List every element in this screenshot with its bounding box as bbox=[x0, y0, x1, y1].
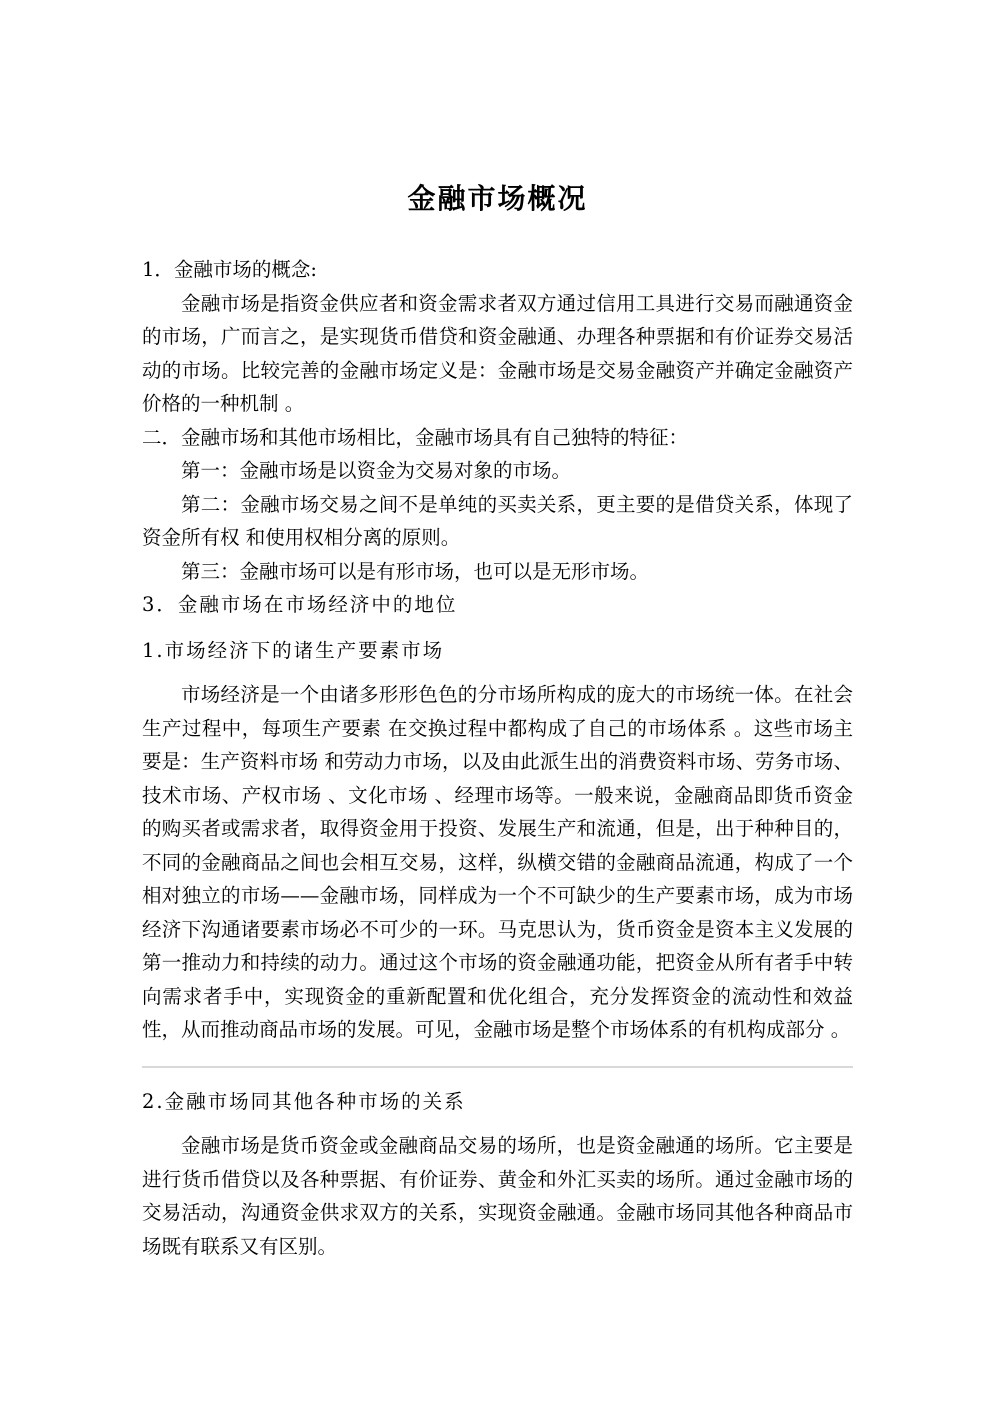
document-page: 金融市场概况 1．金融市场的概念:金融市场是指资金供应者和资金需求者双方通过信用… bbox=[0, 0, 993, 1404]
section-heading: 2.金融市场同其他各种市场的关系 bbox=[142, 1085, 853, 1119]
page-title: 金融市场概况 bbox=[142, 183, 853, 215]
paragraph: 金融市场是货币资金或金融商品交易的场所，也是资金融通的场所。它主要是进行货币借贷… bbox=[142, 1129, 853, 1263]
paragraph: 第三：金融市场可以是有形市场，也可以是无形市场。 bbox=[142, 555, 853, 589]
paragraph: 市场经济是一个由诸多形形色色的分市场所构成的庞大的市场统一体。在社会生产过程中，… bbox=[142, 678, 853, 1047]
paragraph: 第二：金融市场交易之间不是单纯的买卖关系，更主要的是借贷关系，体现了资金所有权 … bbox=[142, 488, 853, 555]
document-body: 1．金融市场的概念:金融市场是指资金供应者和资金需求者双方通过信用工具进行交易而… bbox=[142, 253, 853, 1263]
section-heading: 1.市场经济下的诸生产要素市场 bbox=[142, 634, 853, 668]
heading-line: 二．金融市场和其他市场相比，金融市场具有自己独特的特征： bbox=[142, 421, 853, 455]
paragraph: 第一：金融市场是以资金为交易对象的市场。 bbox=[142, 454, 853, 488]
heading-line: 1．金融市场的概念: bbox=[142, 253, 853, 287]
paragraph: 金融市场是指资金供应者和资金需求者双方通过信用工具进行交易而融通资金的市场，广而… bbox=[142, 287, 853, 421]
document-content: 金融市场概况 1．金融市场的概念:金融市场是指资金供应者和资金需求者双方通过信用… bbox=[142, 183, 853, 1263]
section-divider bbox=[142, 1066, 853, 1068]
heading-line: 3．金融市场在市场经济中的地位 bbox=[142, 588, 853, 622]
